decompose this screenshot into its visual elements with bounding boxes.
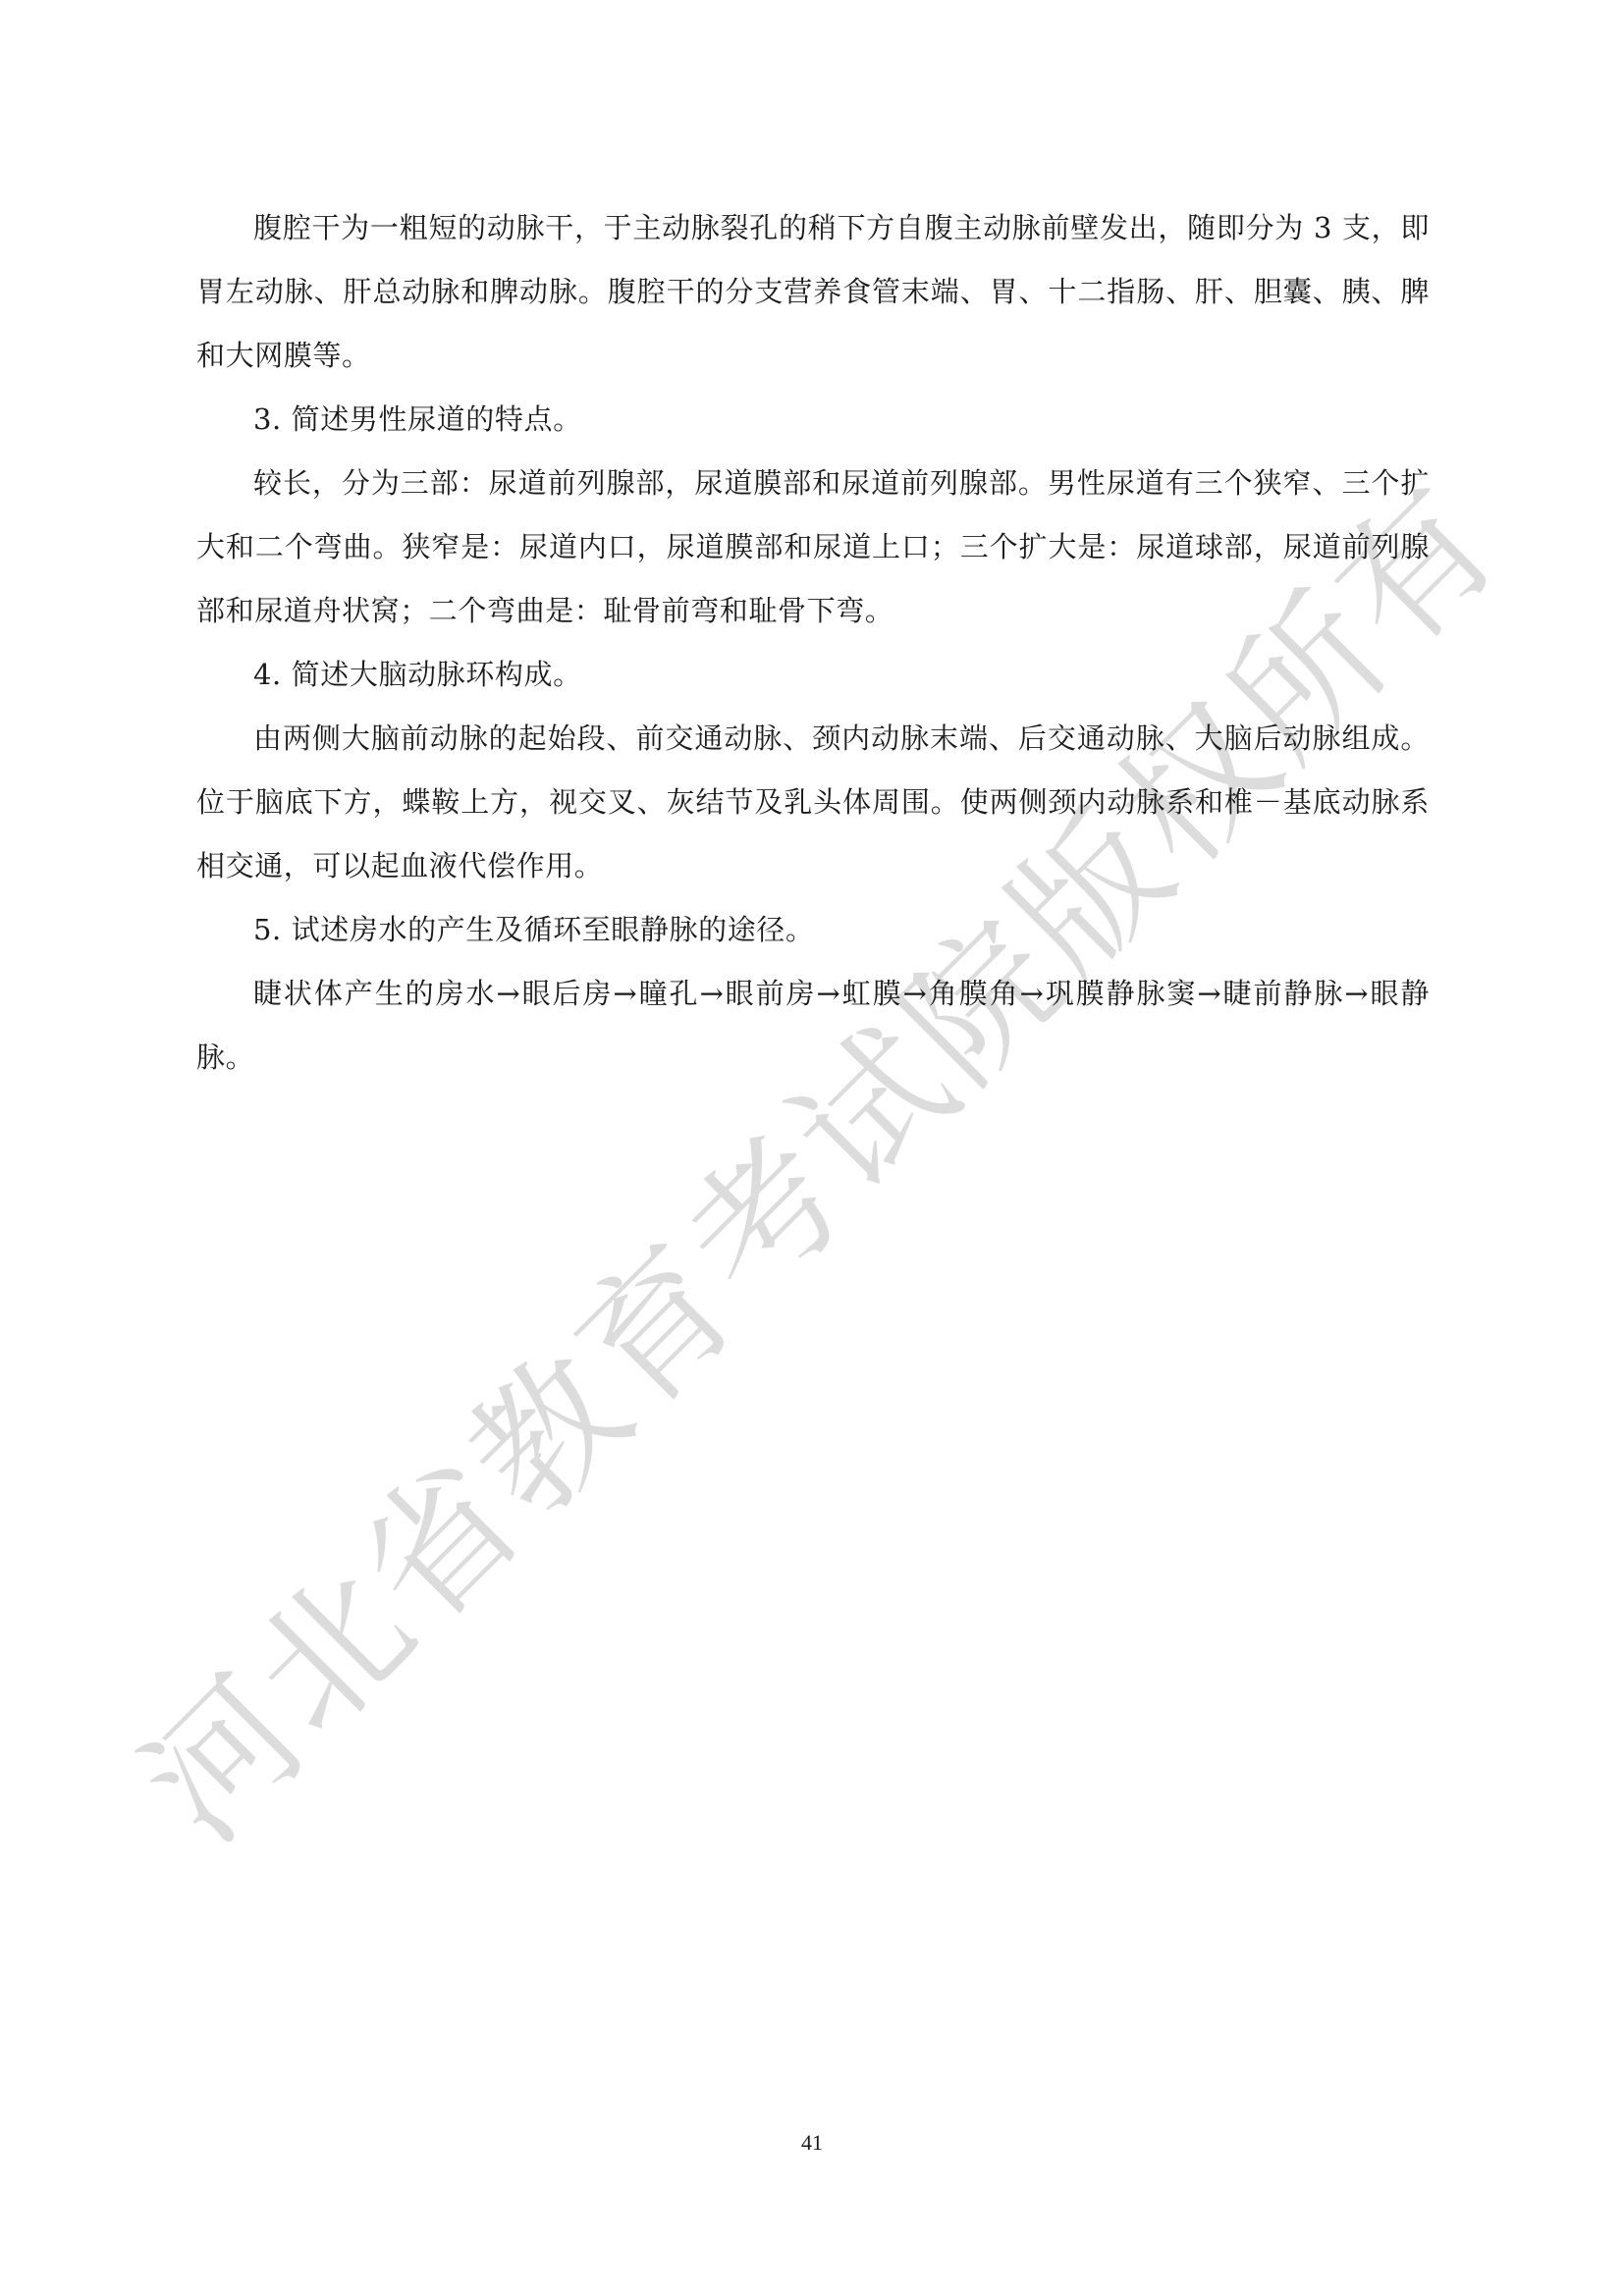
- question-4-heading: 4. 简述大脑动脉环构成。: [196, 643, 1430, 707]
- answer-paragraph-cerebral-arterial-circle: 由两侧大脑前动脉的起始段、前交通动脉、颈内动脉末端、后交通动脉、大脑后动脉组成。…: [196, 707, 1430, 898]
- page-number: 41: [0, 2130, 1624, 2156]
- answer-paragraph-celiac-trunk: 腹腔干为一粗短的动脉干，于主动脉裂孔的稍下方自腹主动脉前壁发出，随即分为 3 支…: [196, 196, 1430, 388]
- question-5-heading: 5. 试述房水的产生及循环至眼静脉的途径。: [196, 898, 1430, 962]
- document-page: 河北省教育考试院版权所有 腹腔干为一粗短的动脉干，于主动脉裂孔的稍下方自腹主动脉…: [0, 0, 1624, 2296]
- answer-paragraph-male-urethra: 较长，分为三部：尿道前列腺部，尿道膜部和尿道前列腺部。男性尿道有三个狭窄、三个扩…: [196, 452, 1430, 643]
- question-3-heading: 3. 简述男性尿道的特点。: [196, 388, 1430, 452]
- document-body: 腹腔干为一粗短的动脉干，于主动脉裂孔的稍下方自腹主动脉前壁发出，随即分为 3 支…: [196, 196, 1430, 1090]
- answer-paragraph-aqueous-humor: 睫状体产生的房水→眼后房→瞳孔→眼前房→虹膜→角膜角→巩膜静脉窦→睫前静脉→眼静…: [196, 962, 1430, 1090]
